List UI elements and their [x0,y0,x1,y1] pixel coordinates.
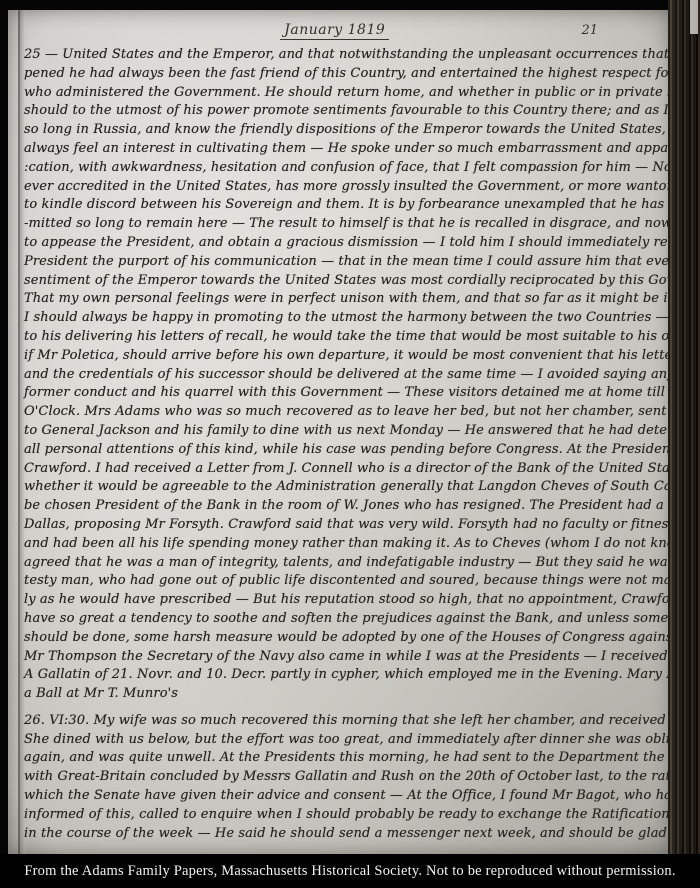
manuscript-line: agreed that he was a man of integrity, t… [24,554,650,573]
manuscript-line: ever accredited in the United States, ha… [24,178,650,197]
manuscript-line: should to the utmost of his power promot… [24,102,650,121]
diary-entry-26: 26. VI:30. My wife was so much recovered… [24,712,650,844]
manuscript-line: testy man, who had gone out of public li… [24,572,650,591]
manuscript-body: 25 — United States and the Emperor, and … [24,46,650,843]
page-corner-highlight [690,0,698,34]
manuscript-line: if Mr Poletica, should arrive before his… [24,347,650,366]
page-number: 21 [581,23,598,38]
manuscript-line: a Ball at Mr T. Munro's [24,685,650,704]
manuscript-line: and had been all his life spending money… [24,535,650,554]
attribution-bar: From the Adams Family Papers, Massachuse… [0,854,700,888]
manuscript-line: That my own personal feelings were in pe… [24,290,650,309]
manuscript-line: so long in Russia, and know the friendly… [24,121,650,140]
manuscript-line: Crawford. I had received a Letter from J… [24,460,650,479]
manuscript-line: Mr Thompson the Secretary of the Navy al… [24,648,650,667]
page-header: January 1819 21 [8,22,672,44]
manuscript-line: President the purport of his communicati… [24,253,650,272]
manuscript-line: to his delivering his letters of recall,… [24,328,650,347]
manuscript-line: whether it would be agreeable to the Adm… [24,478,650,497]
manuscript-line: to appease the President, and obtain a g… [24,234,650,253]
manuscript-line: -mitted so long to remain here — The res… [24,215,650,234]
manuscript-line: former conduct and his quarrel with this… [24,384,650,403]
manuscript-line: to kindle discord between his Sovereign … [24,196,650,215]
manuscript-line: Dallas, proposing Mr Forsyth. Crawford s… [24,516,650,535]
manuscript-line: 25 — United States and the Emperor, and … [24,46,650,65]
manuscript-line: be chosen President of the Bank in the r… [24,497,650,516]
manuscript-line: ly as he would have prescribed — But his… [24,591,650,610]
page-header-date: January 1819 [280,22,389,40]
manuscript-line: pened he had always been the fast friend… [24,65,650,84]
manuscript-line: 26. VI:30. My wife was so much recovered… [24,712,650,731]
manuscript-line: all personal attentions of this kind, wh… [24,441,650,460]
manuscript-photo: January 1819 21 25 — United States and t… [0,0,700,888]
manuscript-line: with Great-Britain concluded by Messrs G… [24,768,650,787]
manuscript-line: She dined with us below, but the effort … [24,731,650,750]
manuscript-line: to General Jackson and his family to din… [24,422,650,441]
attribution-text: From the Adams Family Papers, Massachuse… [24,863,675,880]
manuscript-line: sentiment of the Emperor towards the Uni… [24,272,650,291]
manuscript-line: have so great a tendency to soothe and s… [24,610,650,629]
book-gutter [668,0,700,856]
manuscript-line: always feel an interest in cultivating t… [24,140,650,159]
diary-entry-25: 25 — United States and the Emperor, and … [24,46,650,704]
manuscript-line: O'Clock. Mrs Adams who was so much recov… [24,403,650,422]
manuscript-line: and the credentials of his successor sho… [24,366,650,385]
manuscript-line: who administered the Government. He shou… [24,84,650,103]
manuscript-line: informed of this, called to enquire when… [24,806,650,825]
manuscript-page: January 1819 21 25 — United States and t… [8,10,672,854]
manuscript-line: again, and was quite unwell. At the Pres… [24,749,650,768]
manuscript-line: which the Senate have given their advice… [24,787,650,806]
manuscript-line: I should always be happy in promoting to… [24,309,650,328]
manuscript-line: A Gallatin of 21. Novr. and 10. Decr. pa… [24,666,650,685]
manuscript-line: should be done, some harsh measure would… [24,629,650,648]
manuscript-line: in the course of the week — He said he s… [24,825,650,844]
manuscript-line: :cation, with awkwardness, hesitation an… [24,159,650,178]
